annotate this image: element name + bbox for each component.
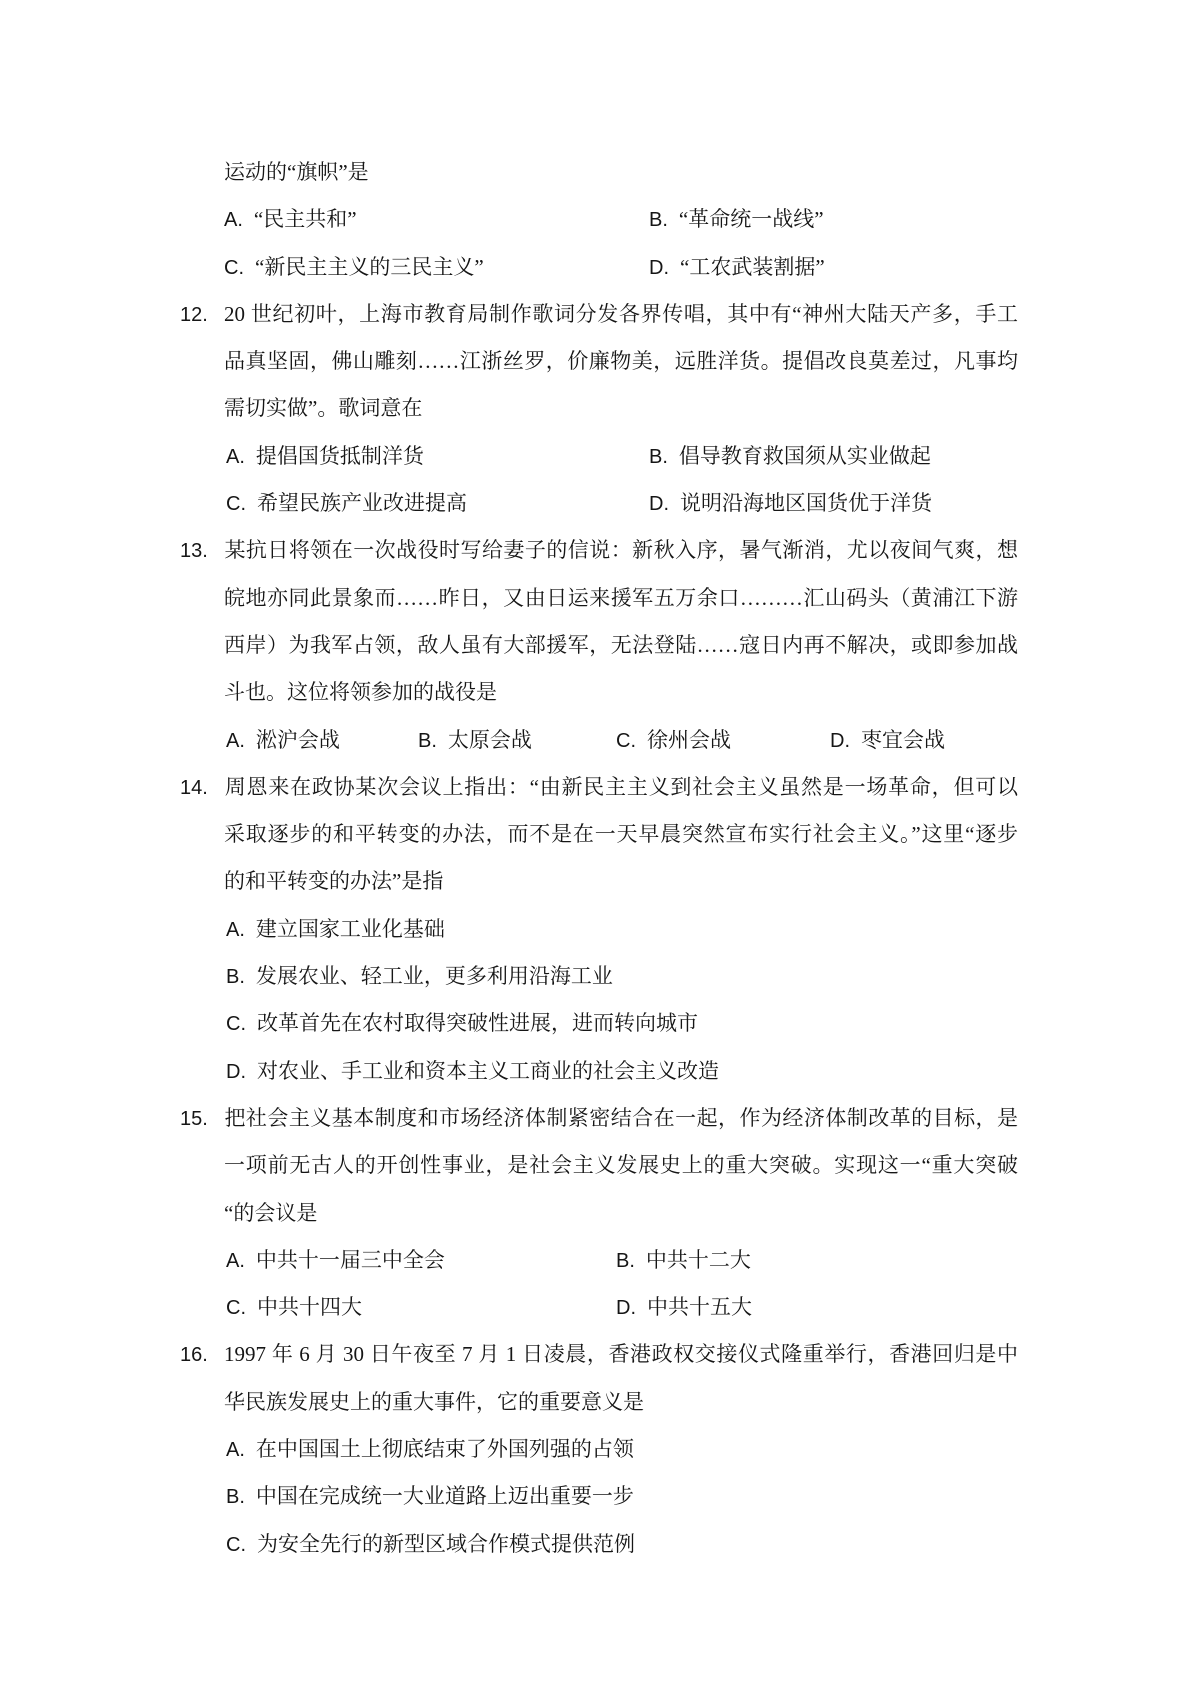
q14-option-row-d: D.对农业、手工业和资本主义工商业的社会主义改造	[180, 1048, 1018, 1095]
q15-stem-line-2: 一项前无古人的开创性事业，是社会主义发展史上的重大突破。实现这一“重大突破	[180, 1142, 1018, 1189]
q13-stem-line-2: 皖地亦同此景象而……昨日，又由日运来援军五万余口………汇山码头（黄浦江下游	[180, 575, 1018, 622]
q14-option-c-text: 改革首先在农村取得突破性进展，进而转向城市	[257, 1011, 698, 1035]
q16-stem-line-2: 华民族发展史上的重大事件，它的重要意义是	[180, 1379, 1018, 1426]
q16-stem-line-1: 16.1997 年 6 月 30 日午夜至 7 月 1 日凌晨，香港政权交接仪式…	[180, 1331, 1018, 1378]
q14-option-b: B.发展农业、轻工业，更多利用沿海工业	[226, 964, 613, 988]
q13-stem-text-4: 斗也。这位将领参加的战役是	[224, 680, 497, 704]
q15-stem-text-1: 把社会主义基本制度和市场经济体制紧密结合在一起，作为经济体制改革的目标，是	[224, 1106, 1018, 1130]
q16-option-c-label: C.	[226, 1534, 246, 1556]
q12-option-d-text: 说明沿海地区国货优于洋货	[680, 491, 932, 515]
q11-option-c-label: C.	[224, 257, 244, 279]
q14-option-row-b: B.发展农业、轻工业，更多利用沿海工业	[180, 953, 1018, 1000]
q11-stem-text: 运动的“旗帜”是	[224, 160, 369, 184]
question-list: 运动的“旗帜”是 A.“民主共和” B.“革命统一战线” C.“新民主主义的三民…	[180, 149, 1018, 1568]
q14-option-b-label: B.	[226, 966, 245, 988]
q11-option-a: A.“民主共和”	[224, 207, 357, 231]
q13-options-row: A.淞沪会战 B.太原会战 C.徐州会战 D.枣宜会战	[180, 717, 1018, 764]
q15-number: 15.	[180, 1096, 224, 1143]
q11-stem-line: 运动的“旗帜”是	[180, 149, 1018, 196]
q15-stem-text-3: “的会议是	[224, 1201, 317, 1225]
q11-option-c-text: “新民主主义的三民主义”	[255, 255, 484, 279]
q12-option-c-text: 希望民族产业改进提高	[257, 491, 467, 515]
q14-stem-line-1: 14.周恩来在政协某次会议上指出：“由新民主主义到社会主义虽然是一场革命，但可以	[180, 764, 1018, 811]
q16-option-row-a: A.在中国国土上彻底结束了外国列强的占领	[180, 1426, 1018, 1473]
q15-option-d-label: D.	[616, 1297, 636, 1319]
q13-option-b: B.太原会战	[418, 717, 532, 765]
q11-option-d-text: “工农武装割据”	[680, 255, 825, 279]
q11-option-b: B.“革命统一战线”	[649, 196, 824, 244]
q15-option-c-label: C.	[226, 1297, 246, 1319]
q16-stem-text-1: 1997 年 6 月 30 日午夜至 7 月 1 日凌晨，香港政权交接仪式隆重举…	[224, 1342, 1018, 1366]
q15-stem-line-1: 15.把社会主义基本制度和市场经济体制紧密结合在一起，作为经济体制改革的目标，是	[180, 1095, 1018, 1142]
exam-page: 运动的“旗帜”是 A.“民主共和” B.“革命统一战线” C.“新民主主义的三民…	[0, 0, 1200, 1698]
q14-stem-text-3: 的和平转变的办法”是指	[224, 869, 443, 893]
q15-option-a-label: A.	[226, 1250, 245, 1272]
q14-number: 14.	[180, 765, 224, 812]
q15-stem-text-2: 一项前无古人的开创性事业，是社会主义发展史上的重大突破。实现这一“重大突破	[224, 1153, 1018, 1177]
q11-option-d-label: D.	[649, 257, 669, 279]
q14-option-d-label: D.	[226, 1061, 246, 1083]
q16-number: 16.	[180, 1332, 224, 1379]
q15-option-b: B.中共十二大	[616, 1237, 751, 1285]
q11-option-a-text: “民主共和”	[254, 207, 357, 231]
q11-option-d: D.“工农武装割据”	[649, 244, 825, 292]
q12-option-d-label: D.	[649, 493, 669, 515]
q12-option-b-label: B.	[649, 446, 668, 468]
q14-stem-line-3: 的和平转变的办法”是指	[180, 858, 1018, 905]
q12-stem-text-3: 需切实做”。歌词意在	[224, 396, 422, 420]
q14-option-a-label: A.	[226, 919, 245, 941]
q14-option-c: C.改革首先在农村取得突破性进展，进而转向城市	[226, 1011, 698, 1035]
q15-option-a: A.中共十一届三中全会	[226, 1248, 445, 1272]
q15-option-b-text: 中共十二大	[646, 1248, 751, 1272]
q14-stem-line-2: 采取逐步的和平转变的办法，而不是在一天早晨突然宣布实行社会主义。”这里“逐步	[180, 811, 1018, 858]
q16-option-b-text: 中国在完成统一大业道路上迈出重要一步	[256, 1484, 634, 1508]
q14-option-row-a: A.建立国家工业化基础	[180, 906, 1018, 953]
q13-number: 13.	[180, 528, 224, 575]
q13-option-c: C.徐州会战	[616, 717, 731, 765]
q13-option-a: A.淞沪会战	[226, 728, 340, 752]
q16-stem-text-2: 华民族发展史上的重大事件，它的重要意义是	[224, 1390, 644, 1414]
q15-option-c-text: 中共十四大	[257, 1295, 362, 1319]
q12-options-row-cd: C.希望民族产业改进提高 D.说明沿海地区国货优于洋货	[180, 480, 1018, 527]
q12-option-b: B.倡导教育救国须从实业做起	[649, 433, 931, 481]
q13-stem-text-2: 皖地亦同此景象而……昨日，又由日运来援军五万余口………汇山码头（黄浦江下游	[224, 586, 1018, 610]
q16-option-a: A.在中国国土上彻底结束了外国列强的占领	[226, 1437, 634, 1461]
q13-option-d: D.枣宜会战	[830, 717, 945, 765]
q15-options-row-ab: A.中共十一届三中全会 B.中共十二大	[180, 1237, 1018, 1284]
q12-options-row-ab: A.提倡国货抵制洋货 B.倡导教育救国须从实业做起	[180, 433, 1018, 480]
q16-option-b-label: B.	[226, 1486, 245, 1508]
q13-option-a-label: A.	[226, 730, 245, 752]
q13-stem-text-3: 西岸）为我军占领，敌人虽有大部援军，无法登陆……寇日内再不解决，或即参加战	[224, 633, 1018, 657]
q14-option-a: A.建立国家工业化基础	[226, 917, 445, 941]
q14-stem-text-2: 采取逐步的和平转变的办法，而不是在一天早晨突然宣布实行社会主义。”这里“逐步	[224, 822, 1018, 846]
q12-option-c: C.希望民族产业改进提高	[226, 491, 467, 515]
q15-options-row-cd: C.中共十四大 D.中共十五大	[180, 1284, 1018, 1331]
q12-stem-text-2: 品真坚固，佛山雕刻……江浙丝罗，价廉物美，远胜洋货。提倡改良莫差过，凡事均	[224, 349, 1018, 373]
q16-option-row-c: C.为安全先行的新型区域合作模式提供范例	[180, 1521, 1018, 1568]
q12-number: 12.	[180, 292, 224, 339]
q16-option-c: C.为安全先行的新型区域合作模式提供范例	[226, 1532, 635, 1556]
q12-option-a-text: 提倡国货抵制洋货	[256, 444, 424, 468]
q13-stem-line-3: 西岸）为我军占领，敌人虽有大部援军，无法登陆……寇日内再不解决，或即参加战	[180, 622, 1018, 669]
q12-option-a-label: A.	[226, 446, 245, 468]
q13-option-b-text: 太原会战	[448, 728, 532, 752]
q12-option-c-label: C.	[226, 493, 246, 515]
q13-option-b-label: B.	[418, 730, 437, 752]
q13-option-d-label: D.	[830, 730, 850, 752]
q12-stem-line-1: 12.20 世纪初叶，上海市教育局制作歌词分发各界传唱，其中有“神州大陆天产多，…	[180, 291, 1018, 338]
q13-option-a-text: 淞沪会战	[256, 728, 340, 752]
q12-stem-text-1: 20 世纪初叶，上海市教育局制作歌词分发各界传唱，其中有“神州大陆天产多，手工	[224, 302, 1018, 326]
q16-option-b: B.中国在完成统一大业道路上迈出重要一步	[226, 1484, 634, 1508]
q16-option-a-text: 在中国国土上彻底结束了外国列强的占领	[256, 1437, 634, 1461]
q13-option-c-label: C.	[616, 730, 636, 752]
q16-option-c-text: 为安全先行的新型区域合作模式提供范例	[257, 1532, 635, 1556]
q14-option-c-label: C.	[226, 1013, 246, 1035]
q11-options-row-cd: C.“新民主主义的三民主义” D.“工农武装割据”	[180, 244, 1018, 291]
q12-option-d: D.说明沿海地区国货优于洋货	[649, 480, 932, 528]
q14-option-a-text: 建立国家工业化基础	[256, 917, 445, 941]
q14-option-d: D.对农业、手工业和资本主义工商业的社会主义改造	[226, 1059, 719, 1083]
q12-option-b-text: 倡导教育救国须从实业做起	[679, 444, 931, 468]
q13-stem-line-4: 斗也。这位将领参加的战役是	[180, 669, 1018, 716]
q13-stem-line-1: 13.某抗日将领在一次战役时写给妻子的信说：新秋入序，暑气渐消，尤以夜间气爽，想	[180, 527, 1018, 574]
q11-option-b-text: “革命统一战线”	[679, 207, 824, 231]
q12-stem-line-3: 需切实做”。歌词意在	[180, 385, 1018, 432]
q11-options-row-ab: A.“民主共和” B.“革命统一战线”	[180, 196, 1018, 243]
q13-option-d-text: 枣宜会战	[861, 728, 945, 752]
q16-option-row-b: B.中国在完成统一大业道路上迈出重要一步	[180, 1473, 1018, 1520]
q15-stem-line-3: “的会议是	[180, 1190, 1018, 1237]
q11-option-a-label: A.	[224, 209, 243, 231]
q12-option-a: A.提倡国货抵制洋货	[226, 444, 424, 468]
q14-option-row-c: C.改革首先在农村取得突破性进展，进而转向城市	[180, 1000, 1018, 1047]
q15-option-d: D.中共十五大	[616, 1284, 752, 1332]
q14-stem-text-1: 周恩来在政协某次会议上指出：“由新民主主义到社会主义虽然是一场革命，但可以	[224, 775, 1018, 799]
q16-option-a-label: A.	[226, 1439, 245, 1461]
q15-option-d-text: 中共十五大	[647, 1295, 752, 1319]
q14-option-d-text: 对农业、手工业和资本主义工商业的社会主义改造	[257, 1059, 719, 1083]
q11-option-c: C.“新民主主义的三民主义”	[224, 255, 484, 279]
q13-stem-text-1: 某抗日将领在一次战役时写给妻子的信说：新秋入序，暑气渐消，尤以夜间气爽，想	[224, 538, 1018, 562]
q12-stem-line-2: 品真坚固，佛山雕刻……江浙丝罗，价廉物美，远胜洋货。提倡改良莫差过，凡事均	[180, 338, 1018, 385]
q14-option-b-text: 发展农业、轻工业，更多利用沿海工业	[256, 964, 613, 988]
q15-option-a-text: 中共十一届三中全会	[256, 1248, 445, 1272]
q15-option-b-label: B.	[616, 1250, 635, 1272]
q15-option-c: C.中共十四大	[226, 1295, 362, 1319]
q11-option-b-label: B.	[649, 209, 668, 231]
q13-option-c-text: 徐州会战	[647, 728, 731, 752]
